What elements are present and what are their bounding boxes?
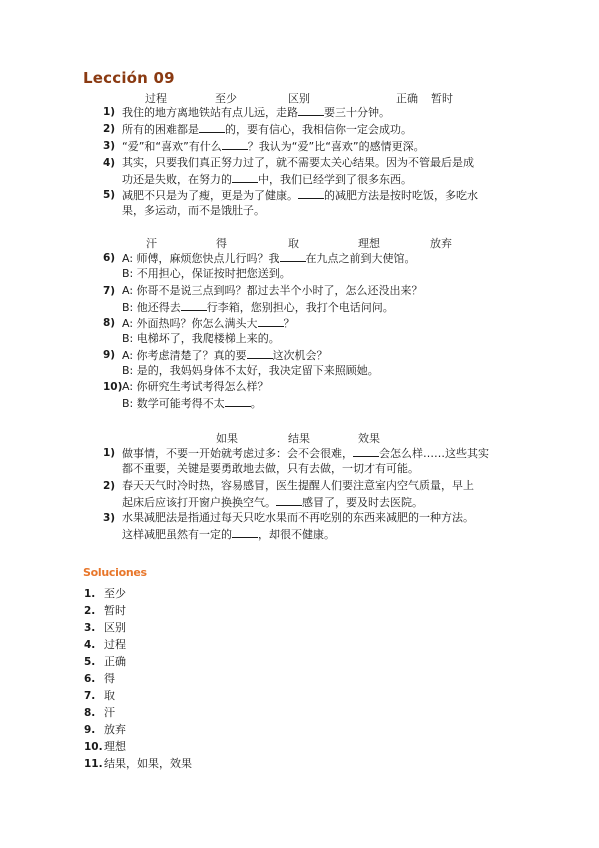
solution-number: 1. bbox=[84, 586, 104, 602]
answer-blank bbox=[298, 187, 324, 199]
answer-blank bbox=[280, 250, 306, 262]
item-text-line: 其实，只要我们真正努力过了，就不需要太关心结果。因为不管最后是成 bbox=[122, 155, 474, 171]
item-number: 4) bbox=[103, 155, 115, 171]
solution-answer: 理想 bbox=[104, 740, 126, 753]
answer-blank bbox=[276, 494, 302, 506]
item-number: 7) bbox=[103, 283, 115, 299]
item-number: 5) bbox=[103, 187, 115, 203]
word-bank-item: 理想 bbox=[358, 235, 380, 251]
solution-item: 9.放弃 bbox=[84, 722, 126, 738]
solution-number: 2. bbox=[84, 603, 104, 619]
word-bank-item: 汗 bbox=[146, 235, 157, 251]
answer-blank bbox=[258, 315, 284, 327]
solution-number: 6. bbox=[84, 671, 104, 687]
answer-blank bbox=[353, 445, 379, 457]
solution-item: 10.理想 bbox=[84, 739, 126, 755]
solution-item: 2.暂时 bbox=[84, 603, 126, 619]
solution-answer: 放弃 bbox=[104, 723, 126, 736]
item-text-line: 春天天气时冷时热，容易感冒，医生提醒人们要注意室内空气质量，早上 bbox=[122, 478, 474, 494]
solution-answer: 过程 bbox=[104, 638, 126, 651]
item-number: 1) bbox=[103, 445, 115, 461]
solution-answer: 区别 bbox=[104, 621, 126, 634]
solution-answer: 得 bbox=[104, 672, 115, 685]
solution-item: 3.区别 bbox=[84, 620, 126, 636]
dialog-line-b: B: 是的，我妈妈身体不太好，我决定留下来照顾她。 bbox=[122, 363, 379, 379]
solution-item: 4.过程 bbox=[84, 637, 126, 653]
solution-item: 5.正确 bbox=[84, 654, 126, 670]
word-bank-item: 如果 bbox=[216, 430, 238, 446]
answer-blank bbox=[222, 138, 248, 150]
dialog-line-b: B: 电梯坏了，我爬楼梯上来的。 bbox=[122, 331, 280, 347]
solutions-title: Soluciones bbox=[83, 566, 147, 579]
answer-blank bbox=[247, 347, 273, 359]
solution-number: 9. bbox=[84, 722, 104, 738]
answer-blank bbox=[181, 299, 207, 311]
item-number: 3) bbox=[103, 138, 115, 154]
word-bank-item: 暂时 bbox=[431, 90, 453, 106]
solution-number: 3. bbox=[84, 620, 104, 636]
solution-answer: 取 bbox=[104, 689, 115, 702]
item-number: 3) bbox=[103, 510, 115, 526]
dialog-line-a: A: 你哥不是说三点到吗？都过去半个小时了，怎么还没出来？ bbox=[122, 283, 423, 299]
answer-blank bbox=[232, 526, 258, 538]
solution-answer: 结果，如果，效果 bbox=[104, 757, 192, 770]
solution-item: 1.至少 bbox=[84, 586, 126, 602]
solution-number: 8. bbox=[84, 705, 104, 721]
dialog-line-a: A: 你研究生考试考得怎么样？ bbox=[122, 379, 269, 395]
dialog-line-a: A: 外面热吗？你怎么满头大？ bbox=[122, 315, 295, 332]
item-number: 2) bbox=[103, 121, 115, 137]
item-text-line: 做事情，不要一开始就考虑过多：会不会很难，会怎么样……这些其实 bbox=[122, 445, 489, 462]
solution-answer: 汗 bbox=[104, 706, 115, 719]
item-number: 1) bbox=[103, 104, 115, 120]
item-text-line: 减肥不只是为了瘦，更是为了健康。的减肥方法是按时吃饭，多吃水 bbox=[122, 187, 478, 204]
dialog-line-b: B: 数学可能考得不太。 bbox=[122, 395, 262, 412]
dialog-line-b: B: 不用担心，保证按时把您送到。 bbox=[122, 266, 291, 282]
item-text-line: 水果减肥法是指通过每天只吃水果而不再吃别的东西来减肥的一种方法。 bbox=[122, 510, 474, 526]
item-number: 6) bbox=[103, 250, 115, 266]
item-text-line: 所有的困难都是的，要有信心，我相信你一定会成功。 bbox=[122, 121, 412, 138]
item-text-line: 功还是失败，在努力的中，我们已经学到了很多东西。 bbox=[122, 171, 412, 188]
solution-number: 10. bbox=[84, 739, 104, 755]
answer-blank bbox=[199, 121, 225, 133]
solution-number: 5. bbox=[84, 654, 104, 670]
solution-answer: 暂时 bbox=[104, 604, 126, 617]
word-bank-item: 放弃 bbox=[430, 235, 452, 251]
solution-item: 11.结果，如果，效果 bbox=[84, 756, 192, 772]
dialog-line-b: B: 他还得去行李箱，您别担心，我打个电话问问。 bbox=[122, 299, 394, 316]
word-bank-item: 正确 bbox=[396, 90, 418, 106]
answer-blank bbox=[298, 104, 324, 116]
lesson-title: Lección 09 bbox=[83, 69, 175, 87]
solution-answer: 至少 bbox=[104, 587, 126, 600]
item-text-line: 我住的地方离地铁站有点儿远，走路要三十分钟。 bbox=[122, 104, 390, 121]
item-text-line: 果，多运动，而不是饿肚子。 bbox=[122, 203, 265, 219]
word-bank-item: 结果 bbox=[288, 430, 310, 446]
word-bank-item: 效果 bbox=[358, 430, 380, 446]
item-text-line: 起床后应该打开窗户换换空气。感冒了，要及时去医院。 bbox=[122, 494, 423, 511]
solution-number: 4. bbox=[84, 637, 104, 653]
solution-answer: 正确 bbox=[104, 655, 126, 668]
word-bank-item: 得 bbox=[216, 235, 227, 251]
item-text-line: 这样减肥虽然有一定的，却很不健康。 bbox=[122, 526, 335, 543]
solution-number: 7. bbox=[84, 688, 104, 704]
item-number: 10) bbox=[103, 379, 122, 395]
item-text-line: 都不重要，关键是要勇敢地去做，只有去做，一切才有可能。 bbox=[122, 461, 419, 477]
answer-blank bbox=[232, 171, 258, 183]
solution-item: 8.汗 bbox=[84, 705, 115, 721]
item-number: 8) bbox=[103, 315, 115, 331]
item-number: 2) bbox=[103, 478, 115, 494]
dialog-line-a: A: 你考虑清楚了？真的要这次机会？ bbox=[122, 347, 328, 364]
item-number: 9) bbox=[103, 347, 115, 363]
solution-item: 6.得 bbox=[84, 671, 115, 687]
solution-item: 7.取 bbox=[84, 688, 115, 704]
solution-number: 11. bbox=[84, 756, 104, 772]
word-bank-item: 取 bbox=[288, 235, 299, 251]
answer-blank bbox=[225, 395, 251, 407]
item-text-line: “爱”和“喜欢”有什么？我认为“爱”比“喜欢”的感情更深。 bbox=[122, 138, 425, 155]
dialog-line-a: A: 师傅，麻烦您快点儿行吗？我在九点之前到大使馆。 bbox=[122, 250, 416, 267]
